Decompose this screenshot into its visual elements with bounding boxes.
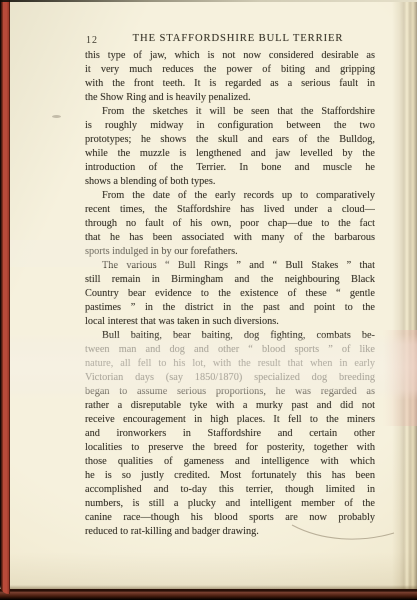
text-line: still remain in Birmingham and the neigh… (85, 273, 375, 287)
page-number: 12 (86, 35, 98, 46)
text-line: rather a disreputable tyke with a murky … (85, 399, 375, 413)
text-line: shows a blending of both types. (85, 175, 375, 189)
text-line: localities to preserve the breed for pos… (85, 441, 375, 455)
text-line: while the muzzle is lengthened and jaw l… (85, 147, 375, 161)
text-line: and ironworkers in Staffordshire and cer… (85, 427, 375, 441)
text-line: pastimes ” in the district in the past a… (85, 301, 375, 315)
text-line: introduction of the Terrier. In bone and… (85, 161, 375, 175)
text-line: From the sketches it will be seen that t… (85, 105, 375, 119)
page-fore-edge (392, 2, 417, 589)
text-line: began to assume serious proportions, he … (85, 385, 375, 399)
text-line: the Show Ring and is heavily penalized. (85, 91, 375, 105)
paragraph: From the date of the early records up to… (85, 189, 375, 259)
text-line: numbers, is still a plucky and intellige… (85, 497, 375, 511)
text-line: local interest that was taken in such di… (85, 315, 375, 329)
text-line: prototypes; he shows the skull and ears … (85, 133, 375, 147)
paragraph: The various “ Bull Rings ” and “ Bull St… (85, 259, 375, 329)
text-line: The various “ Bull Rings ” and “ Bull St… (85, 259, 375, 273)
text-line: Victorian days (say 1850/1870) specializ… (85, 371, 375, 385)
text-line: those qualities of gameness and intellig… (85, 455, 375, 469)
text-line: it very much reduces the power of biting… (85, 63, 375, 77)
scan-scratch-mark (288, 517, 398, 549)
text-block: this type of jaw, which is not now consi… (85, 49, 375, 539)
text-line: sports indulged in by our forefathers. (85, 245, 375, 259)
text-line: with the front teeth. It is regarded as … (85, 77, 375, 91)
book-photo: 12 THE STAFFORDSHIRE BULL TERRIER this t… (0, 0, 417, 600)
text-line: is roughly midway in configuration betwe… (85, 119, 375, 133)
text-line: From the date of the early records up to… (85, 189, 375, 203)
text-line: Bull baiting, bear baiting, dog fighting… (85, 329, 375, 343)
paragraph: this type of jaw, which is not now consi… (85, 49, 375, 105)
text-line: this type of jaw, which is not now consi… (85, 49, 375, 63)
text-line: tween man and dog and other “ blood spor… (85, 343, 375, 357)
book-cover-bottom-edge (0, 589, 417, 600)
text-line: receive encouragement in high places. It… (85, 413, 375, 427)
book-cover-left-edge (0, 0, 11, 594)
book-cover-top-edge (0, 0, 417, 2)
text-line: he is so justly credited. Most fortunate… (85, 469, 375, 483)
text-line: through no fault of his own, poor chap—d… (85, 217, 375, 231)
running-title: THE STAFFORDSHIRE BULL TERRIER (85, 33, 375, 44)
text-line: recent times, the Staffordshire has live… (85, 203, 375, 217)
text-line: nature, all fell to his lot, with the re… (85, 357, 375, 371)
text-line: that he has been associated with many of… (85, 231, 375, 245)
scan-smudge (52, 115, 61, 118)
page-header: 12 THE STAFFORDSHIRE BULL TERRIER (85, 33, 375, 48)
text-line: accomplished and to-day this terrier, th… (85, 483, 375, 497)
text-line: Country bear evidence to the existence o… (85, 287, 375, 301)
paragraph: Bull baiting, bear baiting, dog fighting… (85, 329, 375, 539)
paragraph: From the sketches it will be seen that t… (85, 105, 375, 189)
